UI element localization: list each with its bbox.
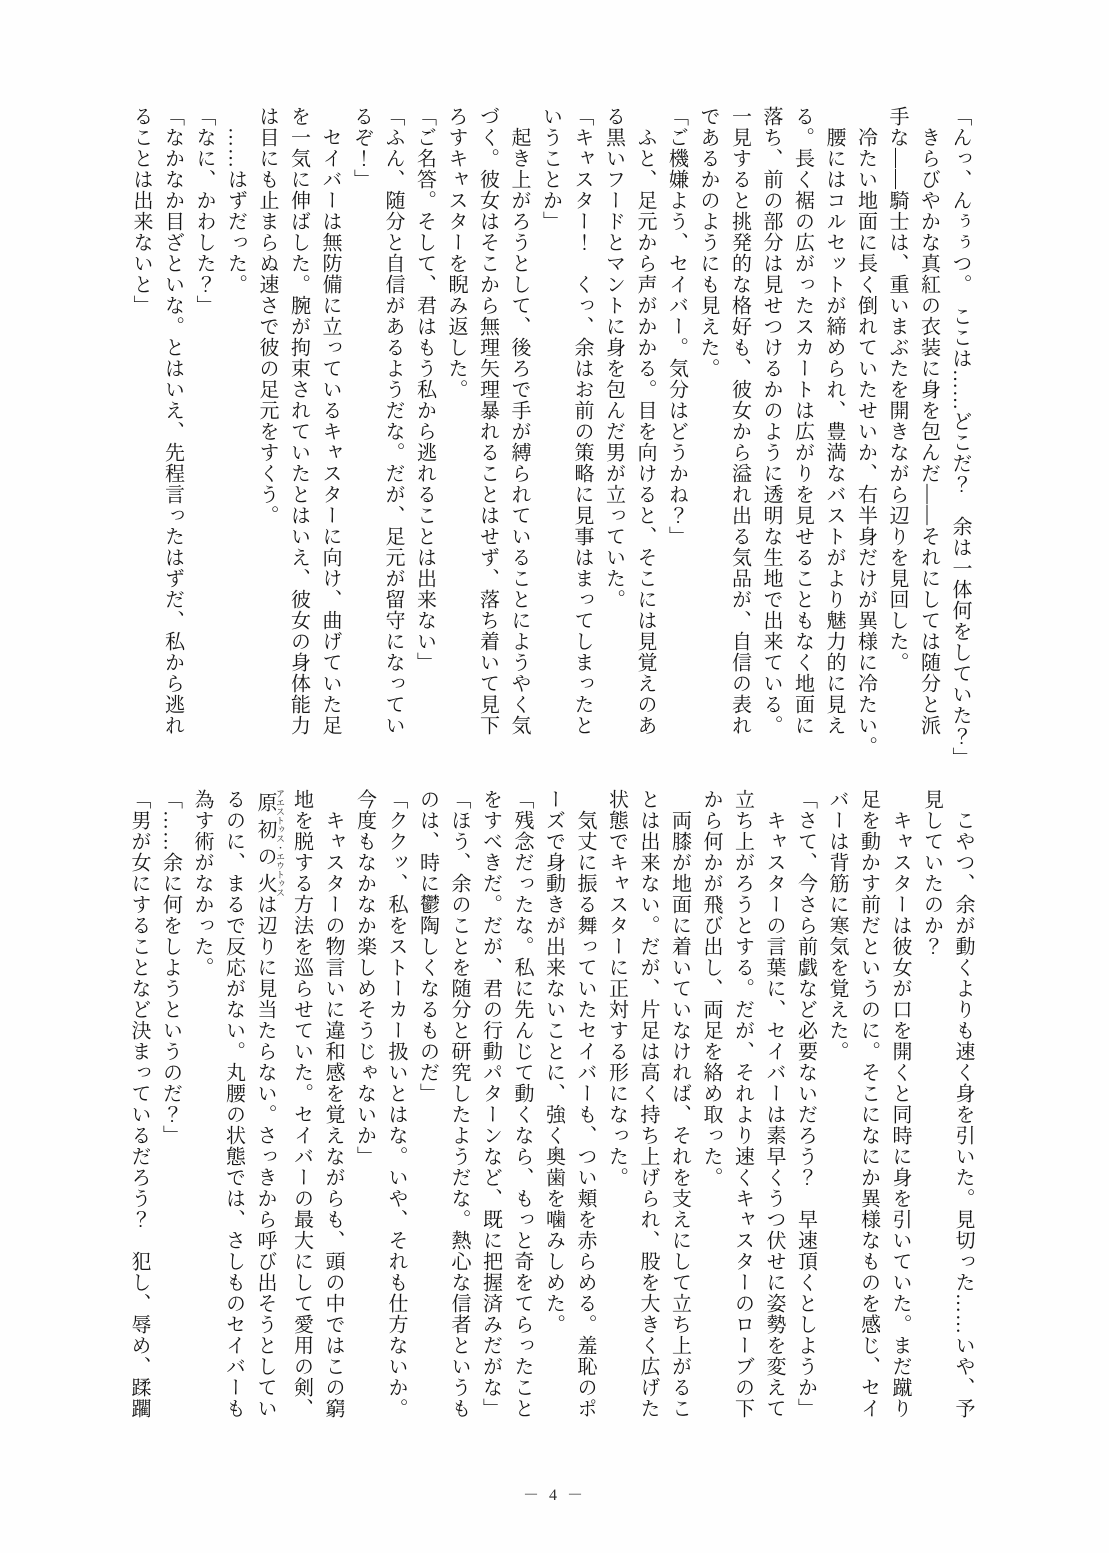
page-number: － 4 － xyxy=(0,1482,1109,1505)
text-line: 落ち、前の部分は見せつけるかのように透明な生地で出来ている。 xyxy=(755,106,787,776)
text-line: 足を動かす前だというのに。そこになにか異様なものを感じ、セイ xyxy=(852,789,884,1469)
text-line: いうことか」 xyxy=(534,106,566,776)
text-line: るぞ！」 xyxy=(345,106,377,776)
text-line: 為す術がなかった。 xyxy=(186,789,218,1469)
scanned-novel-page: 「んっ、んぅぅつ。 ここは……どこだ？ 余は一体何をしていた？」 きらびやかな真… xyxy=(0,0,1109,1553)
text-line: であるかのようにも見えた。 xyxy=(692,106,724,776)
text-line: ……はずだった。 xyxy=(219,106,251,776)
text-line: 状態でキャスターに正対する形になった。 xyxy=(600,789,632,1469)
text-line: キャスターの言葉に、セイバーは素早くうつ伏せに姿勢を変えて xyxy=(758,789,790,1469)
text-line: キャスターは彼女が口を開くと同時に身を引いていた。まだ蹴り xyxy=(884,789,916,1469)
text-line: とは出来ない。だが、片足は高く持ち上げられ、股を大きく広げた xyxy=(632,789,664,1469)
text-line: 「んっ、んぅぅつ。 ここは……どこだ？ 余は一体何をしていた？」 xyxy=(944,106,976,776)
text-line: 「ふん、随分と自信があるようだな。だが、足元が留守になってい xyxy=(377,106,409,776)
text-line: ーズで身動きが出来ないことに、強く奥歯を噛みしめた。 xyxy=(537,789,569,1469)
text-line: 一見すると挑発的な格好も、彼女から溢れ出る気品が、自信の表れ xyxy=(723,106,755,776)
text-line: は目にも止まらぬ速さで彼の足元をすくう。 xyxy=(251,106,283,776)
text-line: 原初の火アエストゥス・エウトゥスは辺りに見当たらない。さっきから呼び出そうとして… xyxy=(249,789,286,1469)
text-line: づく。彼女はそこから無理矢理暴れることはせず、落ち着いて見下 xyxy=(471,106,503,776)
text-line: 気丈に振る舞っていたセイバーも、つい頬を赤らめる。羞恥のポ xyxy=(569,789,601,1469)
text-line: ふと、足元から声がかかる。目を向けると、そこには見覚えのあ xyxy=(629,106,661,776)
text-line: 「残念だったな。私に先んじて動くなら、もっと奇をてらったこと xyxy=(506,789,538,1469)
text-line: キャスターの物言いに違和感を覚えながらも、頭の中ではこの窮 xyxy=(317,789,349,1469)
text-line: セイバーは無防備に立っているキャスターに向け、曲げていた足 xyxy=(314,106,346,776)
text-line: 「ご名答。そして、君はもう私から逃れることは出来ない」 xyxy=(408,106,440,776)
text-line: 地を脱する方法を巡らせていた。セイバーの最大にして愛用の剣、 xyxy=(285,789,317,1469)
text-line: 「ほう、余のことを随分と研究したようだな。熱心な信者というも xyxy=(443,789,475,1469)
text-line: 両膝が地面に着いていなければ、それを支えにして立ち上がるこ xyxy=(663,789,695,1469)
text-line: 「さて、今さら前戯など必要ないだろう？ 早速頂くとしようか」 xyxy=(789,789,821,1469)
text-line: 「男が女にすることなど決まっているだろう？ 犯し、辱め、蹂躙 xyxy=(123,789,155,1469)
text-line: 起き上がろうとして、後ろで手が縛られていることにようやく気 xyxy=(503,106,535,776)
text-line: 「……余に何をしようというのだ？」 xyxy=(154,789,186,1469)
text-line: る。長く裾の広がったスカートは広がりを見せることもなく地面に xyxy=(786,106,818,776)
text-line: 今度もなかなか楽しめそうじゃないか」 xyxy=(348,789,380,1469)
text-line: バーは背筋に寒気を覚えた。 xyxy=(821,789,853,1469)
ruby-reading: アエストゥス・エウトゥス xyxy=(275,789,285,897)
text-line: る黒いフードとマントに身を包んだ男が立っていた。 xyxy=(597,106,629,776)
text-line: きらびやかな真紅の衣装に身を包んだ――それにしては随分と派 xyxy=(912,106,944,776)
text-line: 「なかなか目ざといな。とはいえ、先程言ったはずだ、私から逃れ xyxy=(156,106,188,776)
text-line: から何かが飛び出し、両足を絡め取った。 xyxy=(695,789,727,1469)
text-line: ろすキャスターを睨み返した。 xyxy=(440,106,472,776)
text-line: 腰にはコルセットが締められ、豊満なバストがより魅力的に見え xyxy=(818,106,850,776)
text-line: こやつ、余が動くよりも速く身を引いた。見切った……いや、予 xyxy=(947,789,979,1469)
text-line: をすべきだ。だが、君の行動パターンなど、既に把握済みだがな」 xyxy=(474,789,506,1469)
text-line: 冷たい地面に長く倒れていたせいか、右半身だけが異様に冷たい。 xyxy=(849,106,881,776)
text-line: 見していたのか？ xyxy=(915,789,947,1469)
text-block-top: 「んっ、んぅぅつ。 ここは……どこだ？ 余は一体何をしていた？」 きらびやかな真… xyxy=(125,106,976,776)
text-line: を一気に伸ばした。腕が拘束されていたとはいえ、彼女の身体能力 xyxy=(282,106,314,776)
text-line: 「ご機嫌よう、セイバー。気分はどうかね？」 xyxy=(660,106,692,776)
ruby-term: 原初の火アエストゥス・エウトゥス xyxy=(254,789,276,894)
text-line: 「キャスター！ くっ、余はお前の策略に見事はまってしまったと xyxy=(566,106,598,776)
text-block-bottom: こやつ、余が動くよりも速く身を引いた。見切った……いや、予見していたのか？ キャ… xyxy=(123,789,979,1469)
text-line: 「なに、かわした？」 xyxy=(188,106,220,776)
text-line: るのに、まるで反応がない。丸腰の状態では、さしものセイバーも xyxy=(217,789,249,1469)
text-line: 「ククッ、私をストーカー扱いとはな。いや、それも仕方ないか。 xyxy=(380,789,412,1469)
text-line: 立ち上がろうとする。だが、それより速くキャスターのローブの下 xyxy=(726,789,758,1469)
text-line: 手な――騎士は、重いまぶたを開きながら辺りを見回した。 xyxy=(881,106,913,776)
text-line: ることは出来ないと」 xyxy=(125,106,157,776)
text-line: のは、時に鬱陶しくなるものだ」 xyxy=(411,789,443,1469)
